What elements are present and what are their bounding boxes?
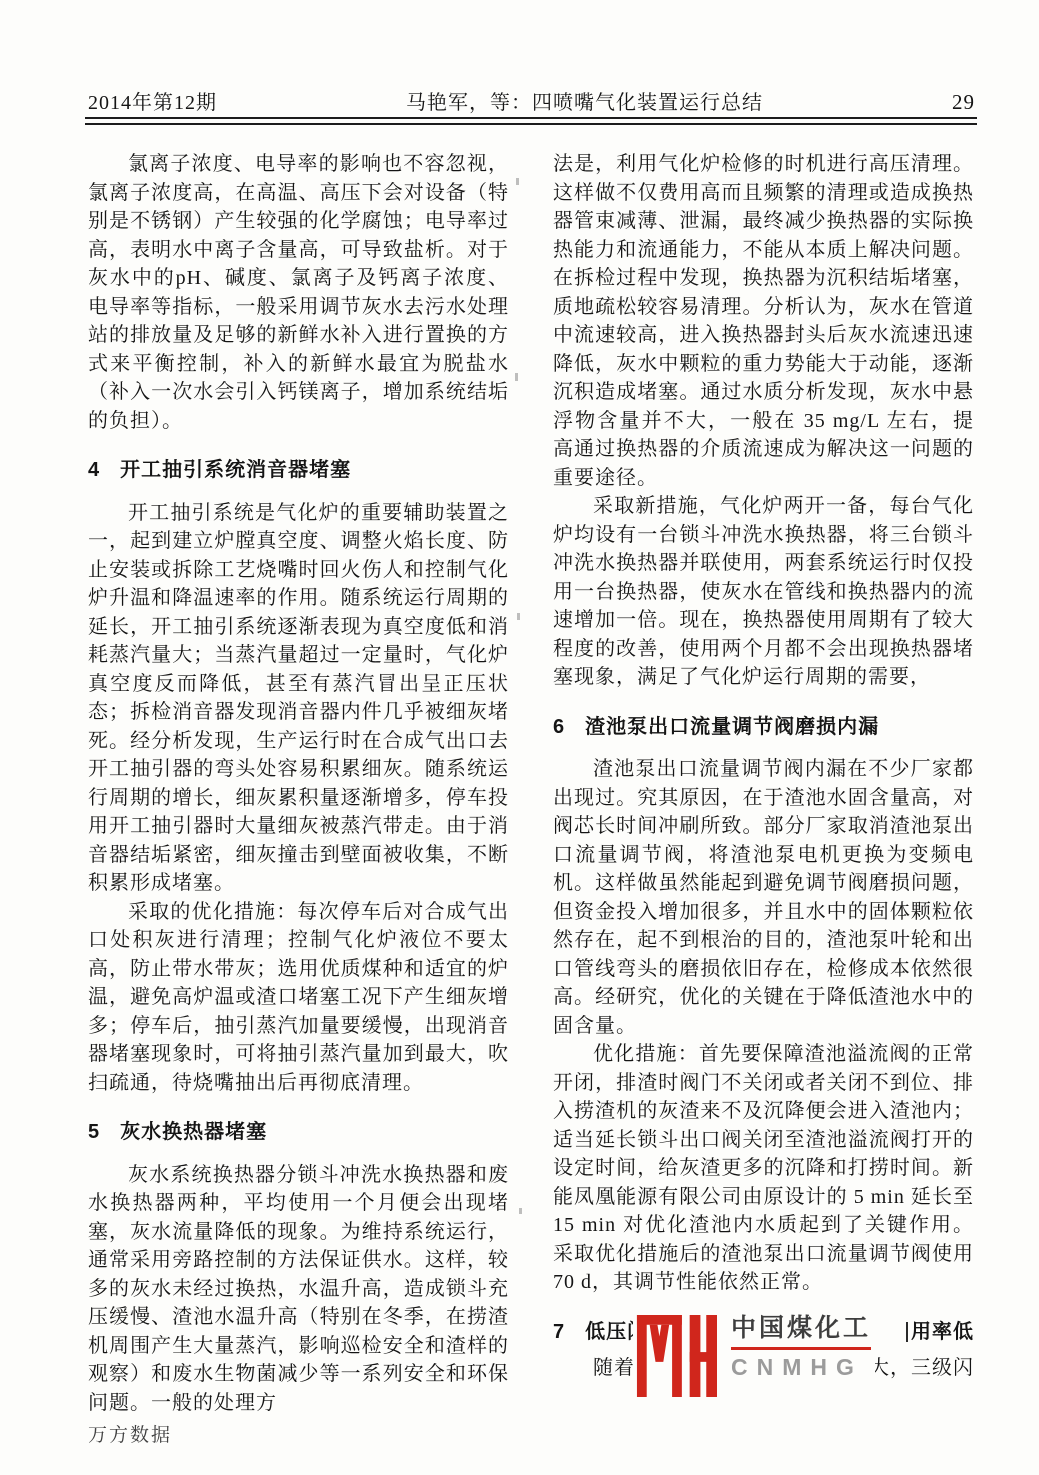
section-heading-7: 7 低压闪 用率低 xyxy=(553,1318,974,1347)
scan-artifact xyxy=(519,1208,522,1214)
section-number: 5 xyxy=(88,1118,100,1147)
page-footer: 万方数据 xyxy=(88,1420,172,1447)
clipped-glyph-stroke xyxy=(906,1322,908,1342)
paragraph-suction-system: 开工抽引系统是气化炉的重要辅助装置之一，起到建立炉膛真空度、调整火焰长度、防止安… xyxy=(88,499,509,898)
paragraph-valve-optimization: 优化措施：首先要保障渣池溢流阀的正常开闭，排渣时阀门不关闭或者关闭不到位、排入捞… xyxy=(553,1040,974,1297)
paragraph-optimization-measures: 采取的优化措施：每次停车后对合成气出口处积灰进行清理；控制气化炉液位不要太高，防… xyxy=(88,898,509,1098)
section-title-fragment-right: 用率低 xyxy=(911,1318,974,1347)
section-number: 4 xyxy=(88,456,100,485)
section-heading-6: 6 渣池泵出口流量调节阀磨损内漏 xyxy=(553,713,974,742)
paragraph-continuation: 法是，利用气化炉检修的时机进行高压清理。这样做不仅费用高而且频繁的清理或造成换热… xyxy=(553,150,974,492)
header-divider xyxy=(85,117,977,125)
cnmhg-latin-name: CNMHG xyxy=(731,1353,871,1382)
page-header: 2014年第12期 马艳军，等：四喷嘴气化装置运行总结 29 xyxy=(88,86,975,115)
two-column-body: 氯离子浓度、电导率的影响也不容忽视，氯离子浓度高，在高温、高压下会对设备（特别是… xyxy=(88,150,975,1417)
scan-artifact xyxy=(516,178,519,185)
paragraph-heat-exchanger: 灰水系统换热器分锁斗冲洗水换热器和废水换热器两种，平均使用一个月便会出现堵塞，灰… xyxy=(88,1161,509,1418)
left-column: 氯离子浓度、电导率的影响也不容忽视，氯离子浓度高，在高温、高压下会对设备（特别是… xyxy=(88,150,509,1417)
section-heading-5: 5 灰水换热器堵塞 xyxy=(88,1118,509,1147)
paragraph-chloride-ions: 氯离子浓度、电导率的影响也不容忽视，氯离子浓度高，在高温、高压下会对设备（特别是… xyxy=(88,150,509,435)
section-number: 6 xyxy=(553,713,565,742)
header-running-title: 马艳军，等：四喷嘴气化装置运行总结 xyxy=(217,86,952,115)
section-number: 7 xyxy=(553,1318,565,1347)
wanfang-data-watermark: 万方数据 xyxy=(88,1425,172,1446)
cnmhg-logo-icon xyxy=(635,1310,717,1402)
right-column: 法是，利用气化炉检修的时机进行高压清理。这样做不仅费用高而且频繁的清理或造成换热… xyxy=(553,150,974,1417)
section-title: 灰水换热器堵塞 xyxy=(120,1118,267,1147)
cnmhg-chinese-name: 中国煤化工 xyxy=(731,1314,871,1351)
cnmhg-watermark: 中国煤化工 CNMHG xyxy=(633,1308,875,1404)
section-heading-4: 4 开工抽引系统消音器堵塞 xyxy=(88,456,509,485)
paragraph-new-measures: 采取新措施，气化炉两开一备，每台气化炉均设有一台锁斗冲洗水换热器，将三台锁斗冲洗… xyxy=(553,492,974,692)
header-page-number: 29 xyxy=(952,90,975,115)
scan-artifact xyxy=(515,373,518,381)
paragraph-valve-leakage: 渣池泵出口流量调节阀内漏在不少厂家都出现过。究其原因，在于渣池水固含量高，对阀芯… xyxy=(553,755,974,1040)
header-issue: 2014年第12期 xyxy=(88,86,217,115)
section-title: 渣池泵出口流量调节阀磨损内漏 xyxy=(585,713,879,742)
section-title: 开工抽引系统消音器堵塞 xyxy=(120,456,351,485)
scan-artifact xyxy=(517,613,520,620)
document-page: 2014年第12期 马艳军，等：四喷嘴气化装置运行总结 29 氯离子浓度、电导率… xyxy=(0,0,1039,1475)
cnmhg-watermark-text: 中国煤化工 CNMHG xyxy=(731,1310,871,1382)
